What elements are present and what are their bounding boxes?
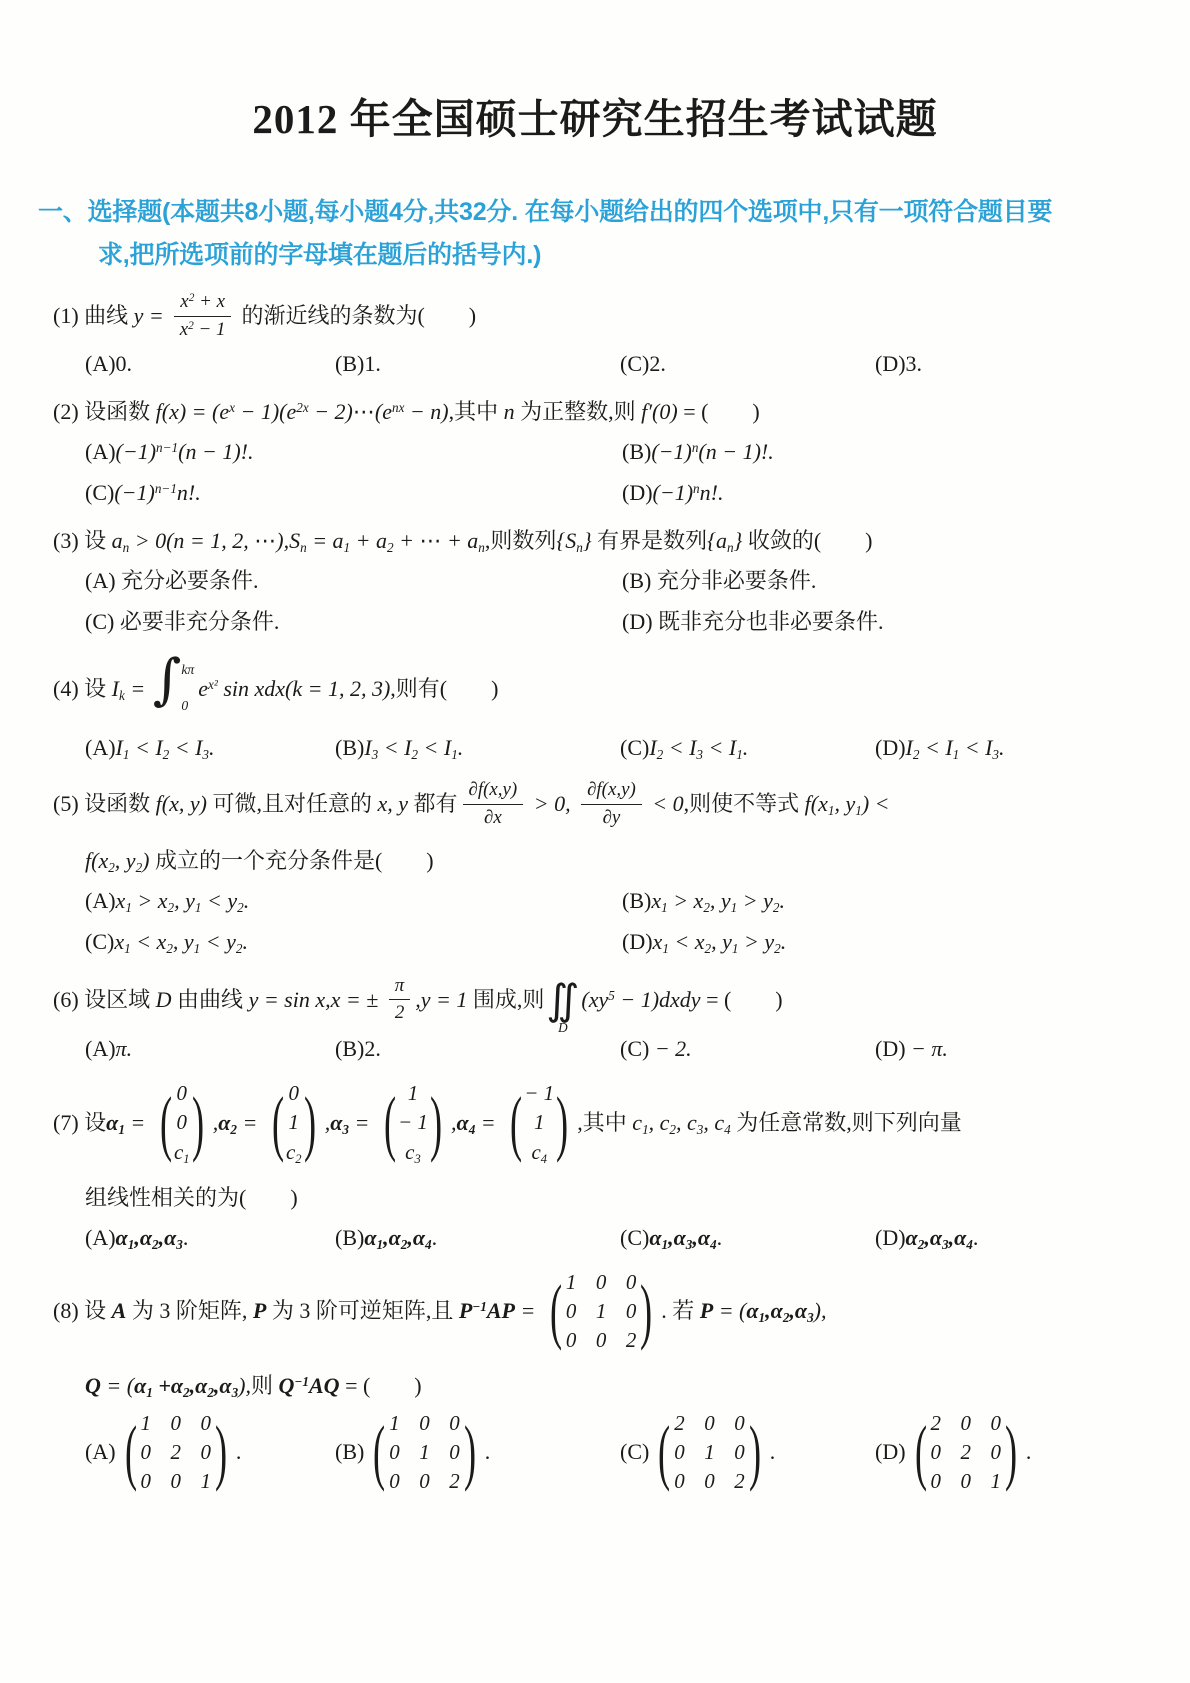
matrix-row: 001	[929, 1469, 1003, 1494]
question-4-option-a: (A)I1 < I2 < I3.	[85, 731, 335, 765]
question-5: (5) 设函数 f(x, y) 可微,且对任意的 x, y 都有∂f(x,y)∂…	[38, 778, 1152, 959]
bold-math-token: A	[112, 1293, 127, 1329]
math-token: (−1)n−1n!.	[114, 476, 200, 510]
question-5-options: (A)x1 > x2, y1 < y2. (B)x1 > x2, y1 > y2…	[53, 884, 1152, 959]
matrix-row: 0	[175, 1081, 189, 1106]
text-token: 的渐近线的条数为( )	[236, 298, 476, 334]
matrix-row: − 1	[398, 1110, 428, 1135]
matrix-cell: 1	[287, 1110, 301, 1135]
question-4: (4) 设 Ik = ∫kπ0ex² sin xdx(k = 1, 2, 3),…	[38, 652, 1152, 765]
right-paren: )	[464, 1415, 476, 1489]
matrix-cell: 1	[139, 1411, 153, 1436]
matrix-row: 0	[287, 1081, 301, 1106]
matrix-cell: 0	[989, 1440, 1003, 1465]
matrix: (00c1)	[154, 1079, 210, 1166]
matrix-row: 020	[139, 1440, 213, 1465]
text-token: (D)	[622, 925, 653, 959]
question-3-option-d: (D) 既非充分也非必要条件.	[622, 605, 1152, 639]
question-2-stem: (2) 设函数 f(x) = (ex − 1)(e2x − 2)⋯(enx − …	[53, 394, 1152, 430]
question-5-option-b: (B)x1 > x2, y1 > y2.	[622, 884, 1152, 918]
bold-math-token: α2	[218, 1105, 237, 1141]
matrix: (100020001)	[119, 1409, 233, 1496]
right-paren: )	[430, 1086, 442, 1160]
matrix-cell: 0	[169, 1411, 183, 1436]
question-5-option-d: (D)x1 < x2, y1 > y2.	[622, 925, 1152, 959]
right-paren: )	[749, 1415, 761, 1489]
text-token: (D)	[875, 1221, 906, 1255]
question-8-stem: (8) 设 A 为 3 阶矩阵, P 为 3 阶可逆矩阵,且 P−1AP = (…	[53, 1268, 1152, 1355]
matrix-cell: 0	[139, 1440, 153, 1465]
matrix-row: 010	[388, 1440, 462, 1465]
question-8-option-d: (D)(200020001).	[875, 1409, 1152, 1496]
text-token: 由曲线	[172, 982, 249, 1018]
integral-sign: ∫	[153, 652, 182, 726]
question-3-options: (A) 充分必要条件. (B) 充分非必要条件. (C) 必要非充分条件. (D…	[53, 564, 1152, 639]
integral: ∫kπ0	[153, 652, 195, 726]
text-token: ,则有( )	[390, 671, 498, 707]
text-token: (A)	[85, 1435, 116, 1469]
question-3-option-b: (B) 充分非必要条件.	[622, 564, 1152, 598]
matrix-cell: 0	[989, 1411, 1003, 1436]
matrix: (200010002)	[652, 1409, 766, 1496]
math-token: D	[156, 982, 172, 1018]
text-token: 围成,则	[467, 982, 544, 1018]
left-paren: (	[272, 1086, 284, 1160]
math-token: y = sin x,x = ±	[249, 982, 384, 1018]
math-token: =	[237, 1105, 263, 1141]
matrix-cell: 0	[594, 1328, 608, 1353]
math-token: f(x, y)	[156, 786, 207, 822]
matrix-cell: 2	[169, 1440, 183, 1465]
question-6-option-a: (A)π.	[85, 1032, 335, 1066]
math-token: x1 > x2, y1 > y2.	[651, 884, 785, 918]
matrix: (100010002)	[544, 1268, 658, 1355]
numerator: π	[389, 974, 410, 1001]
denominator: x2 − 1	[180, 317, 226, 343]
text-token: ,则数列	[485, 523, 557, 559]
question-6-option-b: (B)2.	[335, 1032, 620, 1066]
left-paren: (	[510, 1086, 522, 1160]
text-token: 成立的一个充分条件是( )	[149, 843, 433, 879]
matrix: (1− 1c3)	[378, 1079, 448, 1166]
matrix-cell: 2	[624, 1328, 638, 1353]
matrix-rows: 1− 1c3	[398, 1079, 428, 1166]
denominator: ∂y	[603, 805, 621, 831]
question-2-options: (A)(−1)n−1(n − 1)!. (B)(−1)n(n − 1)!. (C…	[53, 435, 1152, 510]
right-paren: )	[1005, 1415, 1017, 1489]
matrix-cell: 0	[448, 1440, 462, 1465]
text-token: (7) 设	[53, 1105, 106, 1141]
question-1-option-b: (B)1.	[335, 347, 620, 381]
question-4-option-b: (B)I3 < I2 < I1.	[335, 731, 620, 765]
text-token: = ( )	[701, 982, 783, 1018]
bold-math-token: P	[253, 1293, 266, 1329]
matrix-cell: 0	[388, 1440, 402, 1465]
text-token: (A)	[85, 1032, 116, 1066]
math-token: (−1)nn!.	[653, 476, 724, 510]
text-token: (C)	[85, 925, 114, 959]
math-token: x, y	[377, 786, 408, 822]
matrix-cell: 0	[564, 1328, 578, 1353]
matrix: (− 11c4)	[504, 1079, 574, 1166]
question-7-option-d: (D)α2,α3,α4.	[875, 1221, 1152, 1255]
text-token: (C)2.	[620, 347, 666, 381]
denominator: 2	[395, 1000, 404, 1026]
left-paren: (	[550, 1274, 562, 1348]
math-token: ),	[238, 1368, 251, 1404]
double-integral-sign: ∬	[546, 979, 579, 1021]
text-token: (C)	[85, 476, 114, 510]
fraction: π2	[389, 974, 410, 1026]
matrix-cell: 0	[673, 1469, 687, 1494]
matrix-row: 1	[532, 1110, 546, 1135]
lower-limit: 0	[181, 688, 194, 724]
question-8-option-b: (B)(100010002).	[335, 1409, 620, 1496]
text-token: (B)1.	[335, 347, 381, 381]
text-token: (B) 充分非必要条件.	[622, 564, 816, 598]
math-token: f′(0)	[641, 394, 678, 430]
fraction: x2 + xx2 − 1	[174, 290, 231, 342]
question-3-stem: (3) 设 an > 0(n = 1, 2, ⋯),Sn = a1 + a2 +…	[53, 523, 1152, 559]
bold-math-token: α1	[106, 1105, 125, 1141]
text-token: (C)	[620, 731, 649, 765]
matrix-rows: 100020001	[139, 1409, 213, 1496]
matrix-row: 200	[673, 1411, 747, 1436]
math-token: =	[475, 1105, 501, 1141]
question-2-option-a: (A)(−1)n−1(n − 1)!.	[85, 435, 622, 469]
math-token: {an}	[707, 523, 742, 559]
text-token: (A)0.	[85, 347, 132, 381]
left-paren: (	[915, 1415, 927, 1489]
math-token: =	[125, 1105, 151, 1141]
question-1-stem: (1) 曲线 y = x2 + xx2 − 1 的渐近线的条数为( )	[53, 290, 1152, 342]
upper-limit: kπ	[181, 652, 194, 688]
matrix-rows: 100010002	[564, 1268, 638, 1355]
question-8-options: (A)(100020001). (B)(100010002). (C)(2000…	[53, 1409, 1152, 1496]
matrix-cell: 2	[673, 1411, 687, 1436]
text-token: ,其中	[577, 1105, 632, 1141]
matrix-cell: 2	[929, 1411, 943, 1436]
matrix-row: c1	[174, 1140, 190, 1165]
text-token: .	[432, 1221, 438, 1255]
matrix-row: 010	[564, 1299, 638, 1324]
right-paren: )	[304, 1086, 316, 1160]
matrix-row: 002	[388, 1469, 462, 1494]
math-token: Ik =	[112, 671, 151, 707]
text-token: = ( )	[678, 394, 760, 430]
question-3: (3) 设 an > 0(n = 1, 2, ⋯),Sn = a1 + a2 +…	[38, 523, 1152, 639]
numerator: ∂f(x,y)	[463, 778, 524, 805]
text-token: .	[485, 1435, 491, 1469]
text-token: (C)	[620, 1032, 655, 1066]
text-token: (B)	[335, 1435, 364, 1469]
math-token: (−1)n−1(n − 1)!.	[116, 435, 254, 469]
text-token: (1) 曲线	[53, 298, 134, 334]
math-token: n	[504, 394, 515, 430]
question-4-option-c: (C)I2 < I3 < I1.	[620, 731, 875, 765]
math-token: f(x1, y1) <	[805, 786, 890, 822]
bold-math-token: α4	[457, 1105, 476, 1141]
matrix-cell: 0	[703, 1469, 717, 1494]
bold-math-token: α1,α2,α3	[746, 1293, 813, 1329]
math-token: x1 > x2, y1 < y2.	[116, 884, 250, 918]
question-1-option-c: (C)2.	[620, 347, 875, 381]
text-token: (A) 充分必要条件.	[85, 564, 259, 598]
question-list: (1) 曲线 y = x2 + xx2 − 1 的渐近线的条数为( ) (A)0…	[38, 290, 1152, 1496]
matrix-row: 1	[406, 1081, 420, 1106]
matrix-cell: 1	[388, 1411, 402, 1436]
fraction: ∂f(x,y)∂y	[581, 778, 642, 830]
text-token: .	[1026, 1435, 1032, 1469]
left-paren: (	[125, 1415, 137, 1489]
text-token: (3) 设	[53, 523, 112, 559]
matrix-cell: 0	[418, 1469, 432, 1494]
math-token: ,y = 1	[415, 982, 467, 1018]
question-7-stem: (7) 设α1 = (00c1),α2 = (01c2),α3 = (1− 1c…	[53, 1079, 1152, 1166]
bold-math-token: α1,α2,α4	[364, 1221, 431, 1255]
exam-page: 2012 年全国硕士研究生招生考试试题 一、选择题(本题共8小题,每小题4分,共…	[0, 0, 1190, 1496]
bold-math-token: α2,α3,α4	[906, 1221, 973, 1255]
text-token: (B)	[335, 1221, 364, 1255]
question-2-option-c: (C)(−1)n−1n!.	[85, 476, 622, 510]
question-6-stem: (6) 设区域 D 由曲线 y = sin x,x = ± π2,y = 1 围…	[53, 972, 1152, 1027]
matrix-row: 0	[175, 1110, 189, 1135]
math-token: =	[349, 1105, 375, 1141]
matrix-cell: c3	[405, 1140, 421, 1165]
bold-math-token: α1,α2,α3	[116, 1221, 183, 1255]
math-token: an > 0(n = 1, 2, ⋯),Sn = a1 + a2 + ⋯ + a…	[112, 523, 485, 559]
matrix-cell: 0	[959, 1469, 973, 1494]
bold-math-token: α3	[330, 1105, 349, 1141]
matrix-row: − 1	[524, 1081, 554, 1106]
matrix-cell: 0	[673, 1440, 687, 1465]
text-token: (B)	[335, 731, 364, 765]
matrix-cell: 0	[594, 1270, 608, 1295]
matrix-cell: c4	[531, 1140, 547, 1165]
fraction: ∂f(x,y)∂x	[463, 778, 524, 830]
left-paren: (	[384, 1086, 396, 1160]
matrix-row: 100	[388, 1411, 462, 1436]
matrix-rows: 200020001	[929, 1409, 1003, 1496]
matrix-row: c2	[286, 1140, 302, 1165]
matrix-cell: 0	[175, 1081, 189, 1106]
integral-limits: kπ0	[181, 652, 194, 726]
bold-math-token: Q−1AQ	[279, 1368, 340, 1404]
matrix-row: 100	[564, 1270, 638, 1295]
bold-math-token: Q	[85, 1368, 101, 1404]
text-token: 都有	[408, 786, 458, 822]
matrix: (100010002)	[367, 1409, 481, 1496]
text-token: (4) 设	[53, 671, 112, 707]
text-token: .	[770, 1435, 776, 1469]
text-token: = ( )	[340, 1368, 422, 1404]
text-token: .	[183, 1221, 189, 1255]
math-token: > 0,	[528, 786, 576, 822]
matrix-cell: 0	[959, 1411, 973, 1436]
left-paren: (	[373, 1415, 385, 1489]
text-token: ,则使不等式	[684, 786, 805, 822]
text-token: . 若	[661, 1293, 700, 1329]
question-2: (2) 设函数 f(x) = (ex − 1)(e2x − 2)⋯(enx − …	[38, 394, 1152, 510]
bold-math-token: α1 +α2,α2,α3	[134, 1368, 238, 1404]
text-token: (B)	[622, 884, 651, 918]
matrix-cell: 0	[418, 1411, 432, 1436]
matrix-cell: 1	[406, 1081, 420, 1106]
math-token: = (	[101, 1368, 134, 1404]
matrix-cell: c2	[286, 1140, 302, 1165]
matrix-cell: 0	[624, 1299, 638, 1324]
matrix-cell: 0	[287, 1081, 301, 1106]
math-token: ex² sin xdx(k = 1, 2, 3)	[198, 671, 390, 707]
question-5-stem-continued: f(x2, y2) 成立的一个充分条件是( )	[53, 843, 1152, 879]
math-token: (−1)n(n − 1)!.	[651, 435, 773, 469]
text-token: (C) 必要非充分条件.	[85, 605, 279, 639]
text-token: 可微,且对任意的	[207, 786, 378, 822]
matrix-cell: 0	[929, 1469, 943, 1494]
text-token: .	[236, 1435, 242, 1469]
text-token: .	[717, 1221, 723, 1255]
question-8-option-c: (C)(200010002).	[620, 1409, 875, 1496]
text-token: (D)	[875, 1032, 911, 1066]
question-6: (6) 设区域 D 由曲线 y = sin x,x = ± π2,y = 1 围…	[38, 972, 1152, 1066]
matrix-row: 020	[929, 1440, 1003, 1465]
question-1-option-a: (A)0.	[85, 347, 335, 381]
matrix-row: 001	[139, 1469, 213, 1494]
math-token: I3 < I2 < I1.	[364, 731, 463, 765]
matrix-row: 200	[929, 1411, 1003, 1436]
text-token: 为任意常数,则下列向量	[731, 1105, 962, 1141]
matrix-rows: 200010002	[673, 1409, 747, 1496]
text-token: 为正整数,则	[515, 394, 642, 430]
text-token: (B)2.	[335, 1032, 381, 1066]
matrix-row: 100	[139, 1411, 213, 1436]
text-token: (C)	[620, 1435, 649, 1469]
matrix-cell: 0	[448, 1411, 462, 1436]
right-paren: )	[556, 1086, 568, 1160]
question-5-stem: (5) 设函数 f(x, y) 可微,且对任意的 x, y 都有∂f(x,y)∂…	[53, 778, 1152, 830]
text-token: 为 3 阶矩阵,	[126, 1293, 253, 1329]
math-token: f(x) = (ex − 1)(e2x − 2)⋯(enx − n)	[156, 394, 449, 430]
question-8: (8) 设 A 为 3 阶矩阵, P 为 3 阶可逆矩阵,且 P−1AP = (…	[38, 1268, 1152, 1496]
bold-math-token: α1,α3,α4	[649, 1221, 716, 1255]
matrix-rows: 00c1	[174, 1079, 190, 1166]
math-token: y =	[134, 298, 170, 334]
matrix-cell: 2	[959, 1440, 973, 1465]
left-paren: (	[658, 1415, 670, 1489]
math-token: = (	[713, 1293, 746, 1329]
math-token: I1 < I2 < I3.	[116, 731, 215, 765]
question-3-option-c: (C) 必要非充分条件.	[85, 605, 622, 639]
integral-domain: D	[558, 1021, 568, 1034]
section-header: 一、选择题(本题共8小题,每小题4分,共32分. 在每小题给出的四个选项中,只有…	[38, 191, 1152, 277]
matrix-row: c4	[531, 1140, 547, 1165]
matrix-cell: 1	[532, 1110, 546, 1135]
math-token: x1 < x2, y1 < y2.	[114, 925, 248, 959]
math-token: f(x2, y2)	[85, 843, 149, 879]
text-token: .	[973, 1221, 979, 1255]
question-2-option-b: (B)(−1)n(n − 1)!.	[622, 435, 1152, 469]
text-token: (C)	[620, 1221, 649, 1255]
question-1-option-d: (D)3.	[875, 347, 1152, 381]
question-2-option-d: (D)(−1)nn!.	[622, 476, 1152, 510]
math-token: =	[515, 1293, 541, 1329]
matrix-cell: 1	[199, 1469, 213, 1494]
math-token: − 2.	[655, 1032, 692, 1066]
text-token: 收敛的( )	[742, 523, 872, 559]
question-8-stem-continued: Q = (α1 +α2,α2,α3),则 Q−1AQ = ( )	[53, 1368, 1152, 1404]
double-integral: ∬D	[546, 979, 579, 1034]
text-token: (D)	[622, 476, 653, 510]
question-7: (7) 设α1 = (00c1),α2 = (01c2),α3 = (1− 1c…	[38, 1079, 1152, 1254]
matrix-row: c3	[405, 1140, 421, 1165]
matrix-cell: 0	[624, 1270, 638, 1295]
math-token: I2 < I3 < I1.	[649, 731, 748, 765]
question-4-options: (A)I1 < I2 < I3. (B)I3 < I2 < I1. (C)I2 …	[53, 731, 1152, 765]
text-token: (6) 设区域	[53, 982, 156, 1018]
math-token: {Sn}	[556, 523, 591, 559]
text-token: 组线性相关的为( )	[85, 1180, 298, 1216]
question-1: (1) 曲线 y = x2 + xx2 − 1 的渐近线的条数为( ) (A)0…	[38, 290, 1152, 381]
matrix-rows: 100010002	[388, 1409, 462, 1496]
matrix-cell: 0	[703, 1411, 717, 1436]
matrix-cell: 1	[989, 1469, 1003, 1494]
matrix-cell: 0	[733, 1440, 747, 1465]
matrix-cell: 0	[388, 1469, 402, 1494]
question-6-option-d: (D) − π.	[875, 1032, 1152, 1066]
matrix-cell: 1	[564, 1270, 578, 1295]
matrix: (01c2)	[266, 1079, 322, 1166]
matrix-row: 010	[673, 1440, 747, 1465]
text-token: 为 3 阶可逆矩阵,且	[266, 1293, 459, 1329]
text-token: 则	[251, 1368, 279, 1404]
question-7-stem-continued: 组线性相关的为( )	[53, 1180, 1152, 1216]
text-token: (A)	[85, 731, 116, 765]
matrix-cell: 0	[564, 1299, 578, 1324]
math-token: x1 < x2, y1 > y2.	[653, 925, 787, 959]
bold-math-token: P	[700, 1293, 713, 1329]
matrix-cell: 0	[199, 1411, 213, 1436]
matrix-rows: − 11c4	[524, 1079, 554, 1166]
question-4-stem: (4) 设 Ik = ∫kπ0ex² sin xdx(k = 1, 2, 3),…	[53, 652, 1152, 726]
math-token: c1, c2, c3, c4	[632, 1105, 730, 1141]
left-paren: (	[160, 1086, 172, 1160]
page-title: 2012 年全国硕士研究生招生考试试题	[38, 86, 1152, 145]
question-8-option-a: (A)(100020001).	[85, 1409, 335, 1496]
matrix-cell: 0	[139, 1469, 153, 1494]
question-7-option-a: (A)α1,α2,α3.	[85, 1221, 335, 1255]
text-token: (A)	[85, 435, 116, 469]
question-7-option-b: (B)α1,α2,α4.	[335, 1221, 620, 1255]
matrix-cell: 0	[169, 1469, 183, 1494]
text-token: (D)3.	[875, 347, 922, 381]
question-7-options: (A)α1,α2,α3. (B)α1,α2,α4. (C)α1,α3,α4. (…	[53, 1221, 1152, 1255]
question-6-options: (A)π. (B)2. (C) − 2. (D) − π.	[53, 1032, 1152, 1066]
text-token: (D) 既非充分也非必要条件.	[622, 605, 884, 639]
question-7-option-c: (C)α1,α3,α4.	[620, 1221, 875, 1255]
matrix-cell: c1	[174, 1140, 190, 1165]
math-token: I2 < I1 < I3.	[906, 731, 1005, 765]
matrix-cell: 1	[594, 1299, 608, 1324]
numerator: ∂f(x,y)	[581, 778, 642, 805]
text-token: (8) 设	[53, 1293, 112, 1329]
text-token: (A)	[85, 884, 116, 918]
right-paren: )	[215, 1415, 227, 1489]
text-token: (A)	[85, 1221, 116, 1255]
text-token: (D)	[875, 731, 906, 765]
right-paren: )	[192, 1086, 204, 1160]
denominator: ∂x	[484, 805, 502, 831]
question-3-option-a: (A) 充分必要条件.	[85, 564, 622, 598]
